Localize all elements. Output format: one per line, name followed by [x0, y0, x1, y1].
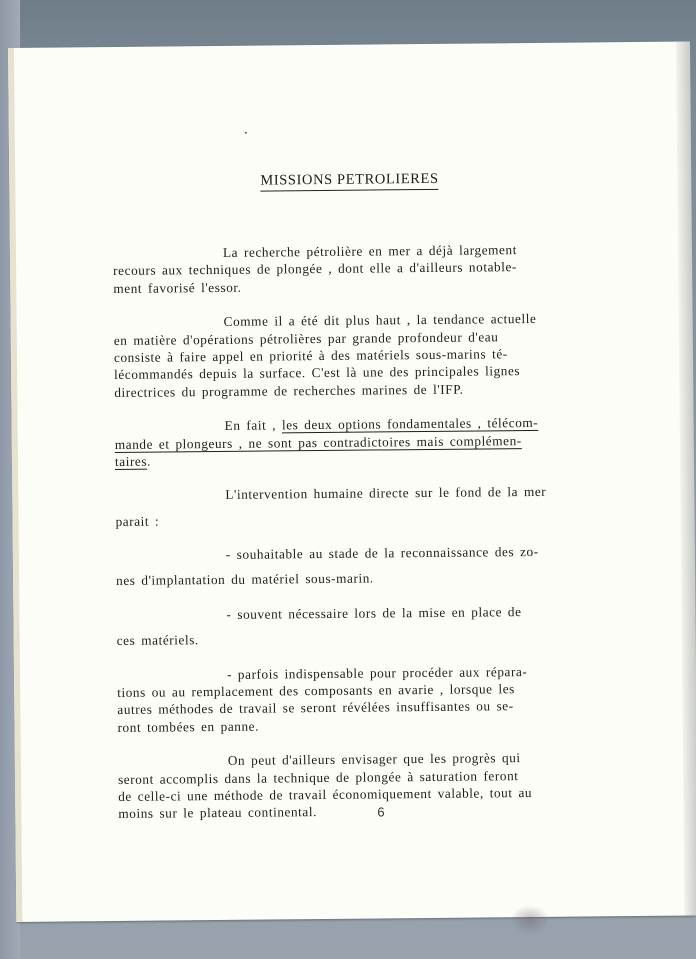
list-item-2: - souvent nécessaire lors de la mise en … — [116, 602, 616, 650]
underlined-text: taires — [115, 454, 147, 469]
text-line: moins sur le plateau continental. — [118, 801, 618, 823]
paragraph-1: La recherche pétrolière en mer a déjà la… — [113, 240, 613, 297]
paragraph-4: L'intervention humaine directe sur le fo… — [115, 482, 615, 530]
paper-speck — [245, 132, 247, 134]
page-title: MISSIONS PETROLIERES — [260, 171, 439, 192]
plain-text: En fait , — [225, 418, 282, 434]
document-page: MISSIONS PETROLIERES La recherche pétrol… — [8, 41, 694, 921]
scan-smudge — [510, 905, 550, 935]
list-item-1: - souhaitable au stade de la reconnaissa… — [116, 542, 616, 590]
list-item-3: - parfois indispensable pour procéder au… — [117, 662, 618, 736]
paragraph-3: En fait , les deux options fondamentales… — [115, 413, 615, 470]
page-number: 6 — [377, 804, 384, 819]
underlined-text: mande et plongeurs , ne sont pas contrad… — [115, 433, 522, 452]
page-edge — [676, 41, 696, 915]
document-body: La recherche pétrolière en mer a déjà la… — [113, 240, 619, 823]
paragraph-5: On peut d'ailleurs envisager que les pro… — [118, 748, 619, 822]
plain-text: . — [147, 454, 151, 469]
paragraph-2: Comme il a été dit plus haut , la tendan… — [114, 309, 615, 401]
underlined-text: les deux options fondamentales , télécom… — [282, 415, 538, 432]
